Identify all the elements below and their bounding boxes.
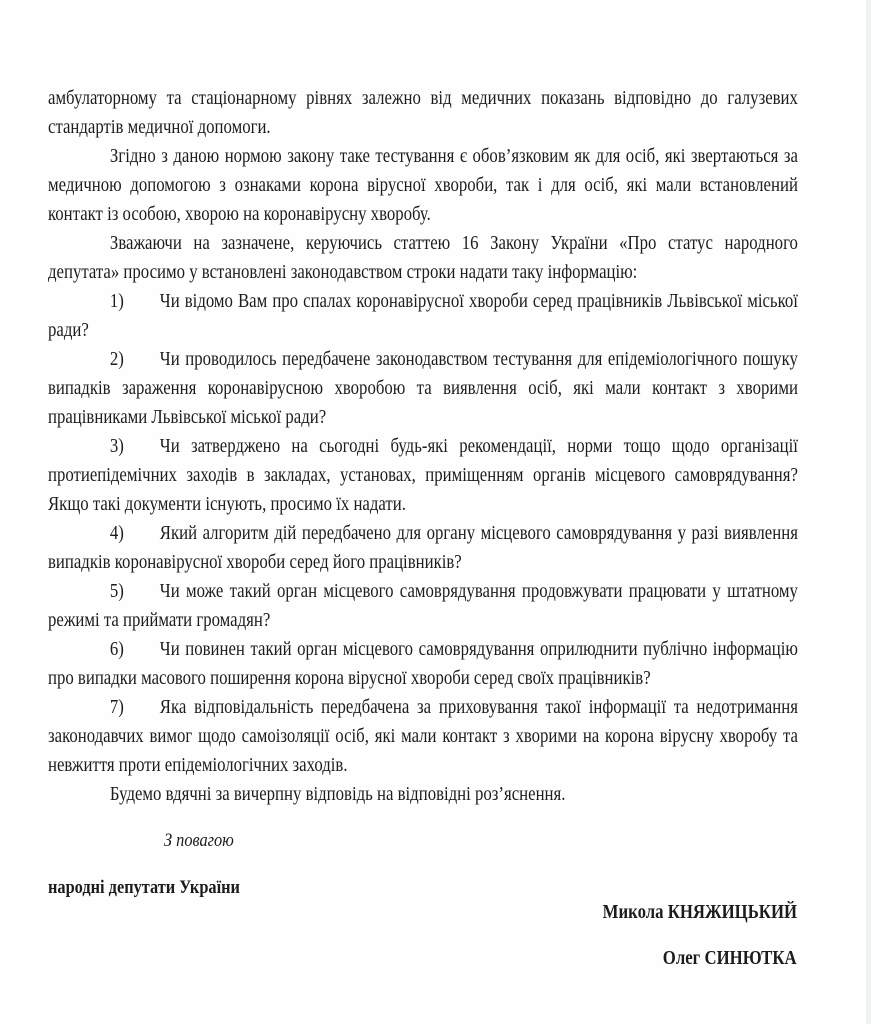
question-item-4: 4)Який алгоритм дій передбачено для орга…: [48, 519, 798, 577]
question-item-7: 7)Яка відповідальність передбачена за пр…: [48, 693, 798, 780]
question-number: 1): [110, 287, 160, 316]
signer-name-2: Олег СИНЮТКА: [663, 948, 797, 970]
question-number: 5): [110, 577, 160, 606]
question-text: Яка відповідальність передбачена за прих…: [48, 697, 798, 776]
paragraph-testing-norm: Згідно з даною нормою закону таке тестув…: [48, 142, 798, 229]
question-item-5: 5)Чи може такий орган місцевого самовряд…: [48, 577, 798, 635]
question-item-3: 3)Чи затверджено на сьогодні будь-які ре…: [48, 432, 798, 519]
paragraph-thanks: Будемо вдячні за вичерпну відповідь на в…: [48, 780, 798, 809]
question-item-2: 2)Чи проводилось передбачене законодавст…: [48, 345, 798, 432]
signature-title: народні депутати України: [48, 877, 240, 899]
question-text: Який алгоритм дій передбачено для органу…: [48, 523, 798, 573]
question-text: Чи проводилось передбачене законодавство…: [48, 349, 798, 428]
question-text: Чи відомо Вам про спалах коронавірусної …: [48, 291, 798, 341]
document-body: амбулаторному та стаціонарному рівнях за…: [48, 84, 798, 809]
closing-phrase: З повагою: [164, 830, 234, 852]
question-text: Чи повинен такий орган місцевого самовря…: [48, 639, 798, 689]
question-number: 6): [110, 635, 160, 664]
question-number: 3): [110, 432, 160, 461]
question-number: 4): [110, 519, 160, 548]
question-text: Чи затверджено на сьогодні будь-які реко…: [48, 436, 798, 515]
question-text: Чи може такий орган місцевого самоврядув…: [48, 581, 798, 631]
signer-name-1: Микола КНЯЖИЦЬКИЙ: [603, 902, 797, 924]
question-item-6: 6)Чи повинен такий орган місцевого самов…: [48, 635, 798, 693]
question-number: 7): [110, 693, 160, 722]
paragraph-request: Зважаючи на зазначене, керуючись статтею…: [48, 229, 798, 287]
page-edge-shadow: [866, 0, 871, 1024]
question-number: 2): [110, 345, 160, 374]
paragraph-continuation: амбулаторному та стаціонарному рівнях за…: [48, 84, 798, 142]
question-item-1: 1)Чи відомо Вам про спалах коронавірусно…: [48, 287, 798, 345]
